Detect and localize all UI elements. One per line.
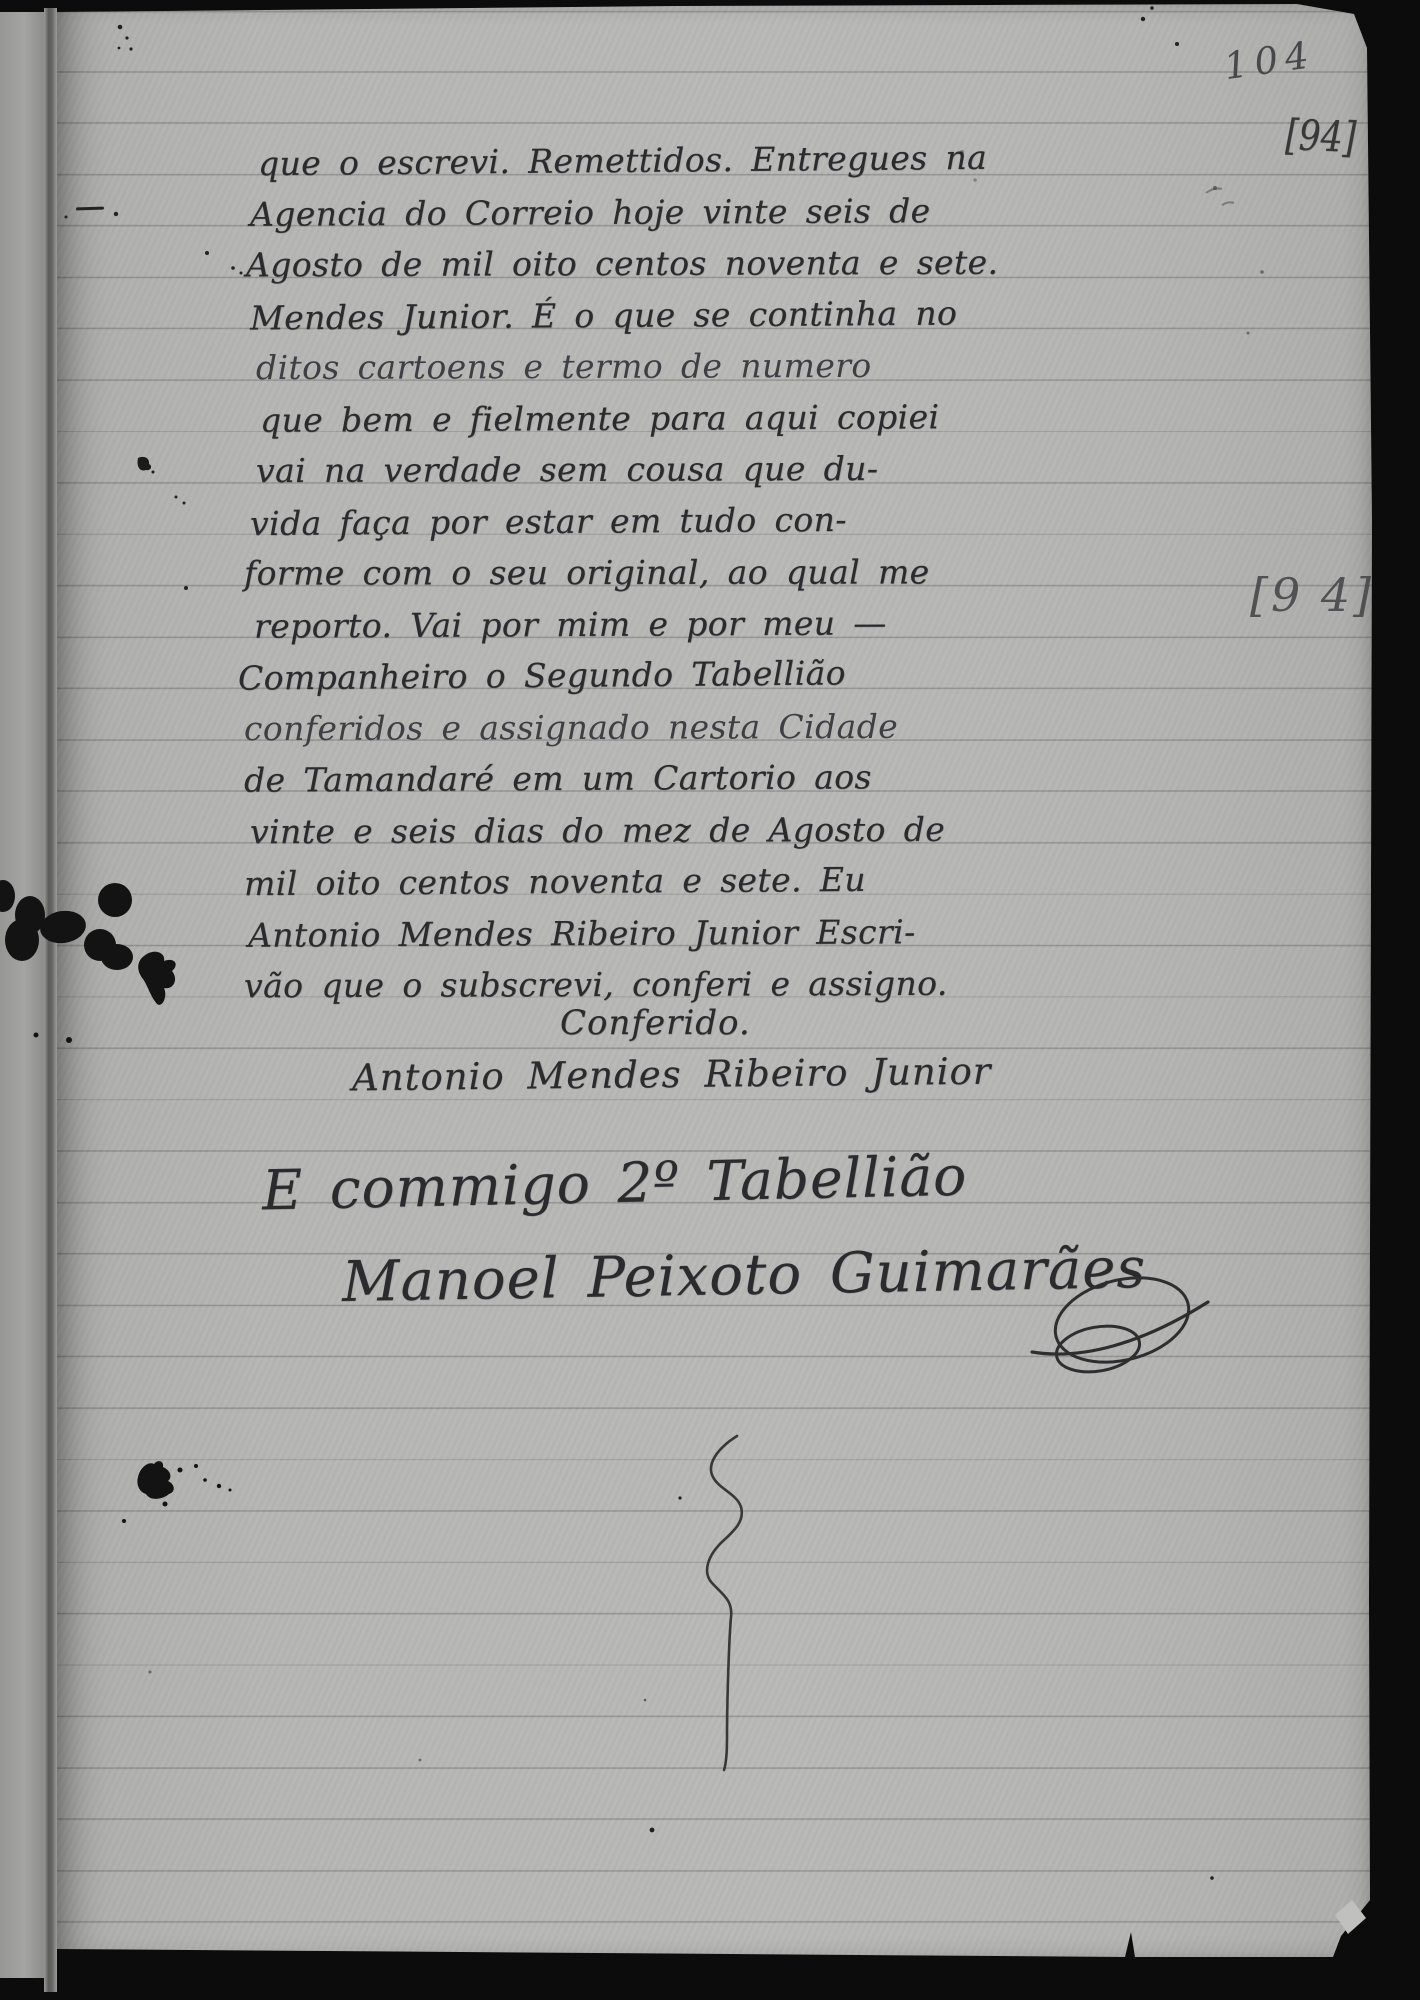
manuscript-line-13: de Tamandaré em um Cartorio aos (244, 760, 872, 796)
manuscript-line-15: mil oito centos noventa e sete. Eu (244, 863, 866, 900)
manuscript-line-9: forme com o seu original, ao qual me (244, 555, 930, 589)
signature-manoel-peixoto: Manoel Peixoto Guimarães (342, 1241, 1147, 1311)
signature-antonio-mendes: Antonio Mendes Ribeiro Junior (352, 1053, 992, 1097)
manuscript-line-5: ditos cartoens e termo de numero (256, 349, 872, 384)
binding-gutter-shadow (44, 8, 57, 1992)
archive-number-middle: [9 4] (1250, 572, 1374, 618)
manuscript-line-11: Companheiro o Segundo Tabellião (238, 656, 846, 694)
manuscript-line-14: vinte e seis dias do mez de Agosto de (250, 813, 945, 848)
archive-number-top: [94] (1285, 114, 1357, 159)
manuscript-line-6: que bem e fielmente para aqui copiei (260, 400, 940, 437)
attestation-word: Conferido. (560, 1006, 751, 1040)
manuscript-line-3: Agosto de mil oito centos noventa e sete… (246, 246, 999, 282)
manuscript-line-4: Mendes Junior. É o que se continha no (250, 297, 957, 335)
manuscript-line-12: conferidos e assignado nesta Cidade (244, 710, 898, 745)
scanned-page: 104 [94] [9 4] que o escrevi. Remettidos… (0, 0, 1420, 2000)
manuscript-line-1: que o escrevi. Remettidos. Entregues na (258, 141, 987, 180)
manuscript-line-17: vão que o subscrevi, conferi e assigno. (244, 967, 948, 1002)
notary-role-line: E commigo 2º Tabellião (262, 1149, 968, 1219)
manuscript-line-7: vai na verdade sem cousa que du- (256, 452, 878, 487)
adjacent-page-edge (0, 12, 44, 1978)
manuscript-line-2: Agencia do Correio hoje vinte seis de (250, 194, 931, 231)
manuscript-line-16: Antonio Mendes Ribeiro Junior Escri- (248, 915, 916, 951)
manuscript-line-10: reporto. Vai por mim e por meu — (254, 606, 887, 642)
manuscript-line-8: vida faça por estar em tudo con- (250, 503, 847, 540)
